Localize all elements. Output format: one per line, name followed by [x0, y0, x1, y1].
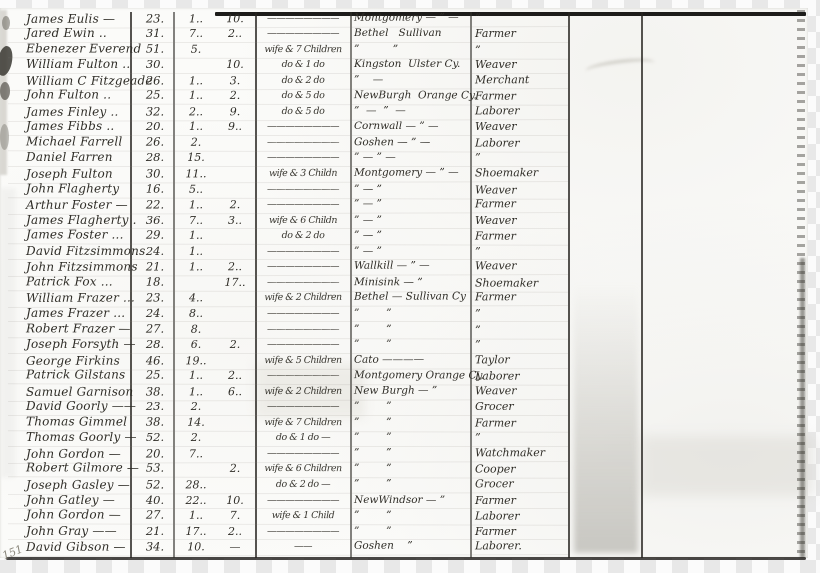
- entry-age: 28.: [136, 150, 174, 165]
- entry-years-count: 17..: [181, 524, 211, 539]
- entry-occupation: Weaver: [475, 258, 569, 274]
- entry-family-note: ————————: [257, 119, 349, 134]
- entry-residence: ” ”: [354, 42, 470, 58]
- entry-occupation: Weaver: [475, 119, 569, 134]
- entry-months-count: 7.: [217, 508, 253, 523]
- entry-occupation: ”: [475, 244, 569, 259]
- entry-years-count: 2.: [181, 430, 211, 445]
- entry-years-count: 22..: [181, 493, 211, 508]
- entry-months-count: 2.: [217, 337, 253, 352]
- entry-residence: ” ”: [354, 524, 470, 539]
- entry-age: 25.: [136, 88, 174, 103]
- ledger-row: James Foster ...29.1..do & 2 do” — ”Farm…: [8, 227, 568, 245]
- entry-occupation: Shoemaker: [475, 165, 569, 181]
- entry-family-note: do & 1 do: [257, 57, 349, 72]
- entry-occupation: Cooper: [475, 462, 569, 477]
- entry-years-count: 1..: [181, 384, 211, 399]
- entry-residence: Bethel — Sullivan Cy: [354, 290, 470, 306]
- entry-months-count: 9.: [217, 104, 253, 119]
- entry-family-note: wife & 6 Childn: [257, 213, 349, 228]
- entry-years-count: 8.: [181, 321, 211, 336]
- entry-name: James Fibbs ..: [26, 119, 114, 134]
- entry-age: 30.: [136, 57, 174, 72]
- entry-residence: Minisink — ”: [354, 275, 470, 291]
- entry-occupation: Farmer: [475, 524, 569, 539]
- entry-age: 24.: [136, 244, 174, 259]
- entry-age: 21.: [136, 524, 174, 539]
- entry-age: 28.: [136, 337, 174, 352]
- entry-years-count: 5.: [181, 41, 211, 56]
- entry-age: 22.: [136, 197, 174, 212]
- entry-name: John Gatley —: [26, 493, 115, 508]
- entry-family-note: ————————: [257, 446, 349, 462]
- entry-residence: ” ”: [354, 306, 470, 321]
- entry-years-count: 1..: [181, 368, 211, 383]
- entry-family-note: ——: [257, 539, 349, 555]
- entry-occupation: Farmer: [475, 289, 569, 305]
- entry-months-count: 2..: [217, 26, 253, 41]
- entry-name: Thomas Goorly —: [26, 430, 137, 445]
- entry-months-count: 2..: [217, 524, 253, 539]
- entry-occupation: ”: [475, 150, 569, 165]
- entry-name: Joseph Fulton: [26, 167, 113, 183]
- entry-years-count: 14.: [181, 415, 211, 430]
- entry-residence: Cato ————: [354, 352, 470, 368]
- entry-age: 38.: [136, 414, 174, 429]
- entry-name: Jared Ewin ..: [26, 26, 107, 41]
- ledger-page: James Eulis —23.1..10.————————Montgomery…: [0, 8, 808, 558]
- entry-residence: NewBurgh Orange Cy.: [354, 88, 470, 104]
- entry-name: David Gibson —: [26, 540, 126, 556]
- entry-residence: ” ”: [354, 430, 470, 445]
- entry-family-note: wife & 7 Children: [257, 42, 349, 57]
- entry-residence: Montgomery — ” —: [354, 165, 470, 181]
- entry-family-note: wife & 2 Children: [257, 383, 349, 399]
- entry-years-count: 11..: [181, 166, 211, 181]
- entry-family-note: ————————: [257, 244, 349, 259]
- entry-residence: Bethel Sullivan: [354, 26, 470, 41]
- entry-years-count: 6.: [181, 337, 211, 352]
- entry-occupation: Watchmaker: [475, 445, 569, 461]
- entry-months-count: 2.: [217, 197, 253, 212]
- entry-years-count: 15.: [181, 150, 211, 165]
- entry-name: John Gordon —: [26, 507, 121, 522]
- entry-family-note: do & 5 do: [257, 88, 349, 103]
- entry-residence: Goshen — ” —: [354, 135, 470, 151]
- entry-months-count: —: [217, 539, 253, 554]
- entry-years-count: 8..: [181, 306, 211, 321]
- entry-residence: ” ”: [354, 322, 470, 338]
- entry-occupation: Farmer: [475, 89, 569, 104]
- entry-years-count: 1..: [181, 228, 211, 243]
- entry-family-note: ————————: [257, 150, 349, 165]
- entry-age: 20.: [136, 119, 174, 134]
- entry-residence: ” — ”: [354, 244, 470, 259]
- entry-occupation: Farmer: [475, 196, 569, 212]
- entry-residence: NewWindsor — ”: [354, 493, 470, 508]
- entry-years-count: 4..: [181, 291, 211, 306]
- entry-months-count: 2.: [217, 461, 253, 476]
- entry-name: James Flagherty .: [26, 213, 137, 228]
- ledger-row: David Gibson —34.10.———Goshen ”Laborer.: [8, 538, 568, 557]
- entry-age: 29.: [136, 228, 174, 243]
- entry-occupation: Laborer: [475, 103, 569, 119]
- entry-months-count: 2.: [217, 88, 253, 103]
- entry-months-count: 10.: [217, 11, 253, 26]
- entry-age: 24.: [136, 306, 174, 321]
- entry-residence: ” — ” —: [354, 103, 470, 119]
- entry-name: James Eulis —: [26, 11, 115, 27]
- entry-residence: Goshen ”: [354, 539, 470, 555]
- entry-age: 25.: [136, 368, 174, 383]
- entry-occupation: Laborer: [475, 135, 569, 150]
- entry-name: Robert Frazer —: [26, 321, 131, 336]
- entry-age: 27.: [136, 508, 174, 523]
- entry-occupation: Laborer: [475, 509, 569, 524]
- entry-months-count: 6..: [217, 384, 253, 399]
- entry-name: David Goorly ——: [26, 399, 136, 414]
- entry-age: 18.: [136, 274, 174, 289]
- entry-family-note: wife & 3 Childn: [257, 166, 349, 182]
- entry-years-count: 2.: [181, 399, 211, 414]
- entry-name: William Fulton ..: [26, 57, 130, 72]
- entry-name: John Fulton ..: [26, 88, 111, 103]
- entry-months-count: 10.: [217, 57, 253, 72]
- entry-name: Robert Gilmore —: [26, 461, 139, 476]
- entry-name: James Foster ...: [26, 228, 124, 243]
- entry-years-count: 1..: [181, 244, 211, 259]
- entry-family-note: wife & 1 Child: [257, 508, 349, 523]
- entry-residence: ” ”: [354, 508, 470, 524]
- entry-years-count: 1..: [181, 260, 211, 275]
- entry-age: 34.: [136, 540, 174, 555]
- entry-occupation: Farmer: [475, 26, 569, 41]
- entry-family-note: wife & 5 Children: [257, 352, 349, 368]
- entry-age: 46.: [136, 353, 174, 368]
- entry-name: Joseph Gasley —: [26, 478, 130, 494]
- entry-residence: Kingston Ulster Cy.: [354, 57, 470, 72]
- entry-months-count: 3.: [217, 73, 253, 88]
- entry-name: Samuel Garnison: [26, 384, 133, 400]
- entry-name: John Gray ——: [26, 524, 117, 539]
- entry-age: 38.: [136, 384, 174, 399]
- entry-family-note: ————————: [257, 337, 349, 352]
- entry-family-note: ————————: [257, 135, 349, 150]
- entry-name: Daniel Farren: [26, 150, 113, 165]
- entry-family-note: do & 1 do —: [257, 430, 349, 445]
- entry-name: Thomas Gimmel: [26, 414, 127, 429]
- entry-occupation: ”: [475, 306, 569, 321]
- entry-years-count: 2.: [181, 135, 211, 150]
- entry-residence: ” —: [354, 72, 470, 88]
- entry-residence: ” — ” —: [354, 150, 470, 165]
- entry-family-note: ————————: [257, 368, 349, 383]
- entry-years-count: 5..: [181, 181, 211, 196]
- entry-years-count: 1..: [181, 119, 211, 134]
- entry-family-note: do & 2 do: [257, 72, 349, 88]
- entry-months-count: 17..: [217, 275, 253, 290]
- entry-occupation: Weaver: [475, 383, 569, 399]
- entry-years-count: 1..: [181, 73, 211, 88]
- entry-residence: New Burgh — ”: [354, 383, 470, 399]
- ledger-row: Jared Ewin ..31.7..2..————————Bethel Sul…: [8, 26, 568, 43]
- entry-name: Michael Farrell: [26, 134, 122, 149]
- entry-family-note: ————————: [257, 181, 349, 196]
- entry-years-count: 10.: [181, 539, 211, 554]
- entry-age: 23.: [136, 399, 174, 414]
- entry-name: William Frazer ...: [26, 291, 135, 307]
- entry-age: 32.: [136, 104, 174, 119]
- entry-years-count: 19..: [181, 353, 211, 368]
- entry-age: 23.: [136, 291, 174, 306]
- entry-residence: ” ”: [354, 462, 470, 478]
- entry-occupation: Weaver: [475, 213, 569, 228]
- entry-name: Patrick Gilstans: [26, 367, 125, 382]
- entry-family-note: ————————: [257, 399, 349, 414]
- entry-months-count: 9..: [217, 119, 253, 134]
- entry-residence: Montgomery — ” —: [354, 10, 470, 26]
- entry-family-note: ————————: [257, 275, 349, 290]
- entry-occupation: ”: [475, 337, 569, 352]
- entry-name: Joseph Forsyth —: [26, 337, 136, 352]
- entry-years-count: 7..: [181, 26, 211, 41]
- entry-family-note: ————————: [257, 197, 349, 213]
- ledger-row: James Frazer ...24.8..————————” ””: [8, 306, 568, 323]
- entry-occupation: Laborer.: [475, 538, 569, 554]
- entry-name: Arthur Foster —: [26, 198, 128, 214]
- entry-residence: ” ”: [354, 415, 470, 431]
- entry-age: 40.: [136, 493, 174, 508]
- entry-occupation: Weaver: [475, 57, 569, 72]
- entry-name: Patrick Fox ...: [26, 274, 113, 289]
- entry-residence: ” — ”: [354, 196, 470, 212]
- entry-name: James Finley ..: [26, 104, 119, 120]
- entry-residence: Cornwall — ” —: [354, 119, 470, 134]
- entry-family-note: ————————: [257, 524, 349, 539]
- entry-years-count: 1..: [181, 508, 211, 523]
- ledger-row: Joseph Forsyth —28.6.2.————————” ””: [8, 337, 568, 354]
- entry-family-note: do & 2 do —: [257, 477, 349, 493]
- entry-years-count: 28..: [181, 477, 211, 492]
- entry-age: 16.: [136, 181, 174, 196]
- entry-family-note: ————————: [257, 26, 349, 41]
- ledger-rows: James Eulis —23.1..10.————————Montgomery…: [0, 8, 808, 558]
- entry-residence: ” ”: [354, 399, 470, 414]
- entry-age: 31.: [136, 26, 174, 41]
- entry-occupation: Farmer: [475, 229, 569, 244]
- entry-family-note: do & 2 do: [257, 228, 349, 243]
- entry-name: Ebenezer Everend: [26, 41, 141, 57]
- entry-age: 21.: [136, 260, 174, 275]
- entry-age: 51.: [136, 41, 174, 56]
- scanned-document-canvas: James Eulis —23.1..10.————————Montgomery…: [0, 0, 820, 573]
- entry-years-count: 7..: [181, 446, 211, 461]
- entry-age: 53.: [136, 461, 174, 476]
- entry-occupation: ”: [475, 322, 569, 337]
- entry-occupation: ”: [475, 10, 569, 26]
- entry-occupation: ”: [475, 430, 569, 445]
- entry-months-count: 10.: [217, 493, 253, 508]
- entry-occupation: ”: [475, 42, 569, 57]
- entry-months-count: 3..: [217, 213, 253, 228]
- entry-age: 23.: [136, 11, 174, 26]
- ledger-row: William Fulton ..30.10.do & 1 doKingston…: [8, 57, 568, 74]
- entry-residence: ” ”: [354, 337, 470, 352]
- entry-occupation: Merchant: [475, 72, 569, 88]
- entry-residence: Wallkill — ” —: [354, 259, 470, 275]
- entry-residence: ” — ”: [354, 228, 470, 244]
- entry-residence: ” ”: [354, 445, 470, 461]
- entry-age: 36.: [136, 213, 174, 228]
- entry-age: 30.: [136, 166, 174, 181]
- entry-months-count: 2..: [217, 259, 253, 274]
- entry-name: David Fitzsimmons: [26, 244, 145, 259]
- entry-months-count: 2..: [217, 368, 253, 383]
- entry-age: 52.: [136, 477, 174, 492]
- entry-residence: Montgomery Orange Cy.: [354, 368, 470, 384]
- entry-name: John Flagherty: [26, 181, 119, 196]
- entry-family-note: ————————: [257, 306, 349, 321]
- entry-age: 26.: [136, 134, 174, 149]
- entry-age: 52.: [136, 430, 174, 445]
- entry-years-count: 1..: [181, 197, 211, 212]
- entry-age: 20.: [136, 446, 174, 461]
- entry-occupation: Farmer: [475, 493, 569, 508]
- entry-family-note: ————————: [257, 493, 349, 508]
- entry-name: John Fitzsimmons: [26, 260, 138, 276]
- entry-years-count: 7..: [181, 213, 211, 228]
- entry-occupation: Grocer: [475, 476, 569, 492]
- entry-family-note: ————————: [257, 10, 349, 26]
- entry-years-count: 1..: [181, 11, 211, 26]
- entry-family-note: ————————: [257, 259, 349, 275]
- entry-occupation: Laborer: [475, 369, 569, 384]
- ledger-row: James Fibbs ..20.1..9..————————Cornwall …: [8, 119, 568, 136]
- entry-occupation: Grocer: [475, 399, 569, 414]
- entry-years-count: 1..: [181, 88, 211, 103]
- entry-age: 26.: [136, 73, 174, 88]
- entry-age: 27.: [136, 321, 174, 336]
- entry-years-count: 2..: [181, 104, 211, 119]
- entry-residence: ” — ”: [354, 182, 470, 198]
- entry-occupation: Farmer: [475, 415, 569, 430]
- entry-family-note: wife & 7 Children: [257, 415, 349, 430]
- entry-occupation: Taylor: [475, 352, 569, 368]
- entry-family-note: wife & 6 Children: [257, 461, 349, 476]
- entry-residence: ” — ”: [354, 213, 470, 228]
- entry-family-note: wife & 2 Children: [257, 290, 349, 306]
- ledger-row: David Goorly ——23.2.————————” ”Grocer: [8, 399, 568, 416]
- entry-residence: ” ”: [354, 476, 470, 492]
- entry-family-note: do & 5 do: [257, 104, 349, 120]
- entry-name: James Frazer ...: [26, 306, 125, 321]
- entry-family-note: ————————: [257, 321, 349, 336]
